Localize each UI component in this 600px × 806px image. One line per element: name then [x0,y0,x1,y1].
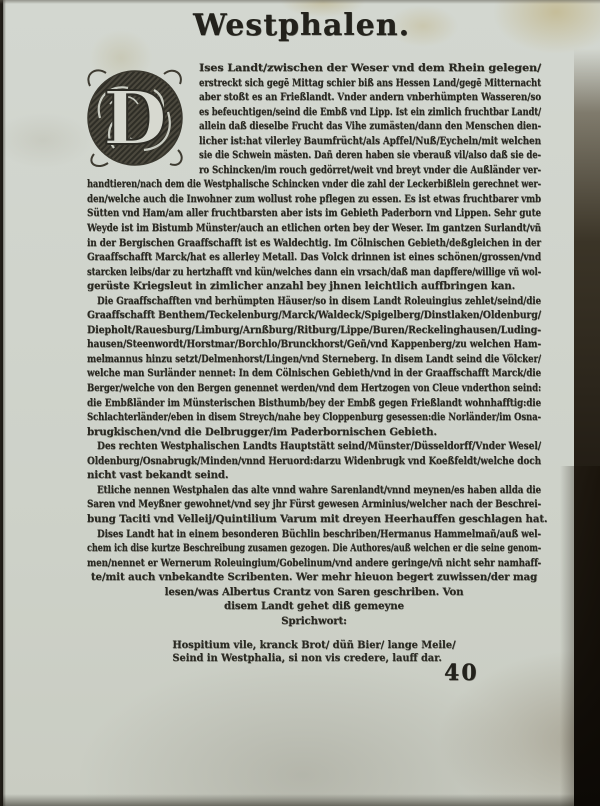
text-line: lesen/was Albertus Crantz von Saren gesc… [87,585,541,600]
page-number: 40 [444,660,479,686]
page-edge-top [0,0,600,4]
paragraph-2: Die Graaffschafften vnd berhümpten Häuse… [87,294,541,439]
text-line: Oldenburg/Osnabrugk/Minden/vnnd Heruord:… [87,454,541,469]
text-line: hausen/Steenwordt/Horstmar/Borchlo/Brunc… [87,337,541,352]
text-line: bung Taciti vnd Velleij/Quintilium Varum… [87,512,541,527]
text-line: licher ist:hat vilerley Baumfrücht/als A… [199,134,541,149]
text-line: Graaffschafft Marck/hat es allerley Meta… [87,250,541,265]
paragraph-1-full: handtieren/nach dem die Westphalische Sc… [87,177,541,293]
text-line: nicht vast bekandt seind. [87,468,541,483]
text-line: in der Bergischen Graaffschafft ist es W… [87,236,541,251]
text-line: den/welche auch die Inwohner zum wollust… [87,192,541,207]
text-line: Die Graaffschafften vnd berhümpten Häuse… [87,294,541,309]
book-fore-edge [574,0,600,806]
text-line: Saren vnd Meyßner gewohnet/vnd sey jhr F… [87,497,541,512]
text-line: chem ich dise kurtze Beschreibung zusame… [87,541,541,556]
proverb-line: Hospitium vile, kranck Brot/ düñ Bier/ l… [172,639,455,652]
text-line: Dises Landt hat in einem besonderen Büch… [87,527,541,542]
text-line: Etliche nennen Westphalen das alte vnnd … [87,483,541,498]
text-line: Graaffschafft Benthem/Teckelenburg/Marck… [87,308,541,323]
paragraph-4: Etliche nennen Westphalen das alte vnnd … [87,483,541,527]
text-line: erstreckt sich gegē Mittag schier biß an… [199,76,541,91]
body-text: D Ises Landt/zwischen der Weser vnd dem … [87,61,541,665]
text-line: Berger/welche von den Bergen genennet we… [87,381,541,396]
svg-text:D: D [103,76,167,162]
text-line: te/mit auch vnbekandte Scribenten. Wer m… [87,570,541,585]
paragraph-5: Dises Landt hat in einem besonderen Büch… [87,527,541,571]
text-line: es befeuchtigen/seind die Embß vnd Lipp.… [199,105,541,120]
text-line: allein daß dieselbe Frucht das Vihe zumä… [199,119,541,134]
text-line: handtieren/nach dem die Westphalische Sc… [87,177,541,192]
page-edge-bottom [0,794,600,806]
text-line: Ises Landt/zwischen der Weser vnd dem Rh… [199,61,541,76]
text-line: brugkischen/vnd die Delbrugger/im Paderb… [87,425,541,440]
book-photo: Westphalen. D Ises Landt/zwischen der We… [0,0,600,806]
proverb-heading: Sprichwort: [87,614,541,629]
text-line: Sütten vnd Ham/am aller fruchtbarsten ab… [87,206,541,221]
text-line: ro Schincken/im rouch gedörret/weit vnd … [199,163,541,178]
text-line: sie die Schwein mästen. Dañ deren haben … [199,148,541,163]
page-edge-left [0,0,6,806]
paragraph-3: Des rechten Westphalischen Landts Haupts… [87,439,541,483]
text-line: disem Landt gehet diß gemeyne [87,599,541,614]
text-line: welche man Surländer nennet: In dem Cöln… [87,366,541,381]
page-title: Westphalen. [3,8,600,43]
text-line: Weyde ist im Bistumb Münster/auch an etl… [87,221,541,236]
text-line: Schlachterländer/eben in disem Streych/n… [87,410,541,425]
proverb-line: Seind in Westphalia, si non vis credere,… [172,652,455,665]
text-line: men/nennet er Wernerum Roleuingium/Gobel… [87,556,541,571]
text-line: aber stoßt es an Frießlandt. Vnder ander… [199,90,541,105]
closing-lines: te/mit auch vnbekandte Scribenten. Wer m… [87,570,541,628]
page: Westphalen. D Ises Landt/zwischen der We… [3,0,600,806]
drop-cap-woodcut-icon: D [84,64,187,171]
text-line: Diepholt/Rauesburg/Limburg/Arnßburg/Ritb… [87,323,541,338]
text-line: melmannus hinzu setzt/Delmenhorst/Lingen… [87,352,541,367]
text-line: starcken leibs/dar zu hertzhafft vnd kün… [87,265,541,280]
text-line: die Embßländer im Münsterischen Bisthumb… [87,396,541,411]
text-line: Des rechten Westphalischen Landts Haupts… [87,439,541,454]
text-line: gerüste Kriegsleut in zimlicher anzahl b… [87,279,541,294]
